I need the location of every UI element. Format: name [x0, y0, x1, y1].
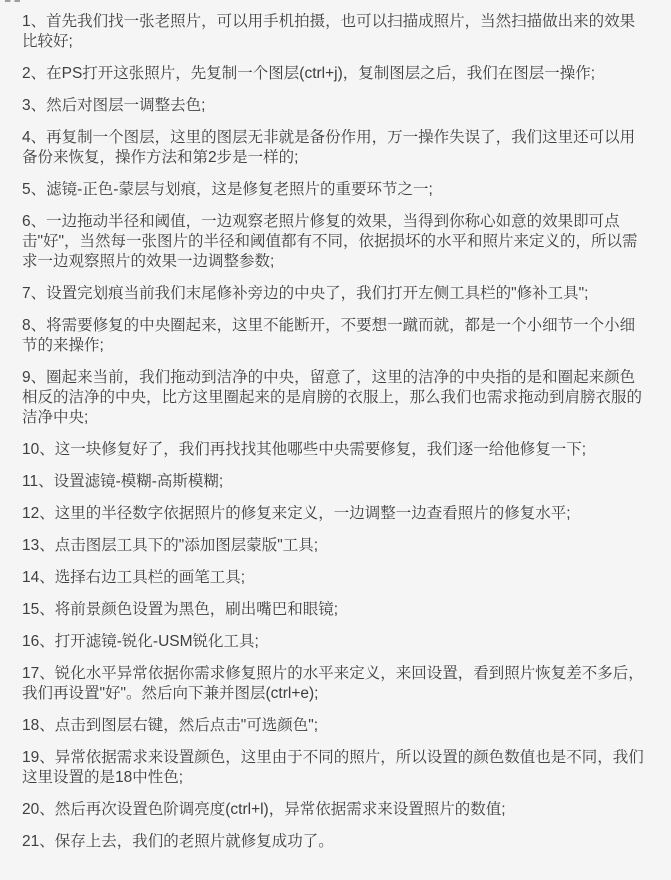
- step-item-1: 1、首先我们找一张老照片，可以用手机拍摄，也可以扫描成照片，当然扫描做出来的效果…: [22, 12, 645, 52]
- step-item-6: 6、一边拖动半径和阈值，一边观察老照片修复的效果，当得到你称心如意的效果即可点击…: [22, 212, 645, 272]
- step-item-20: 20、然后再次设置色阶调亮度(ctrl+l)，异常依据需求来设置照片的数值;: [22, 800, 645, 820]
- open-quote-icon: “: [2, 0, 24, 28]
- step-item-2: 2、在PS打开这张照片，先复制一个图层(ctrl+j)，复制图层之后，我们在图层…: [22, 64, 645, 84]
- step-item-19: 19、异常依据需求来设置颜色，这里由于不同的照片，所以设置的颜色数值也是不同，我…: [22, 748, 645, 788]
- step-item-7: 7、设置完划痕当前我们末尾修补旁边的中央了，我们打开左侧工具栏的"修补工具";: [22, 284, 645, 304]
- step-item-21: 21、保存上去，我们的老照片就修复成功了。: [22, 832, 645, 852]
- step-item-5: 5、滤镜-正色-蒙层与划痕，这是修复老照片的重要环节之一;: [22, 180, 645, 200]
- step-item-4: 4、再复制一个图层，这里的图层无非就是备份作用，万一操作失误了，我们这里还可以用…: [22, 128, 645, 168]
- step-item-8: 8、将需要修复的中央圈起来，这里不能断开，不要想一蹴而就，都是一个小细节一个小细…: [22, 316, 645, 356]
- step-item-3: 3、然后对图层一调整去色;: [22, 96, 645, 116]
- tutorial-quote-block: “ 1、首先我们找一张老照片，可以用手机拍摄，也可以扫描成照片，当然扫描做出来的…: [0, 0, 671, 862]
- step-item-13: 13、点击图层工具下的"添加图层蒙版"工具;: [22, 536, 645, 556]
- step-item-9: 9、圈起来当前，我们拖动到洁净的中央，留意了，这里的洁净的中央指的是和圈起来颜色…: [22, 368, 645, 428]
- step-item-18: 18、点击到图层右键，然后点击"可选颜色";: [22, 716, 645, 736]
- step-item-15: 15、将前景颜色设置为黑色，刷出嘴巴和眼镜;: [22, 600, 645, 620]
- steps-list: 1、首先我们找一张老照片，可以用手机拍摄，也可以扫描成照片，当然扫描做出来的效果…: [22, 12, 645, 852]
- step-item-12: 12、这里的半径数字依据照片的修复来定义，一边调整一边查看照片的修复水平;: [22, 504, 645, 524]
- step-item-17: 17、锐化水平异常依据你需求修复照片的水平来定义，来回设置，看到照片恢复差不多后…: [22, 664, 645, 704]
- step-item-14: 14、选择右边工具栏的画笔工具;: [22, 568, 645, 588]
- step-item-16: 16、打开滤镜-锐化-USM锐化工具;: [22, 632, 645, 652]
- step-item-10: 10、这一块修复好了，我们再找找其他哪些中央需要修复，我们逐一给他修复一下;: [22, 440, 645, 460]
- step-item-11: 11、设置滤镜-模糊-高斯模糊;: [22, 472, 645, 492]
